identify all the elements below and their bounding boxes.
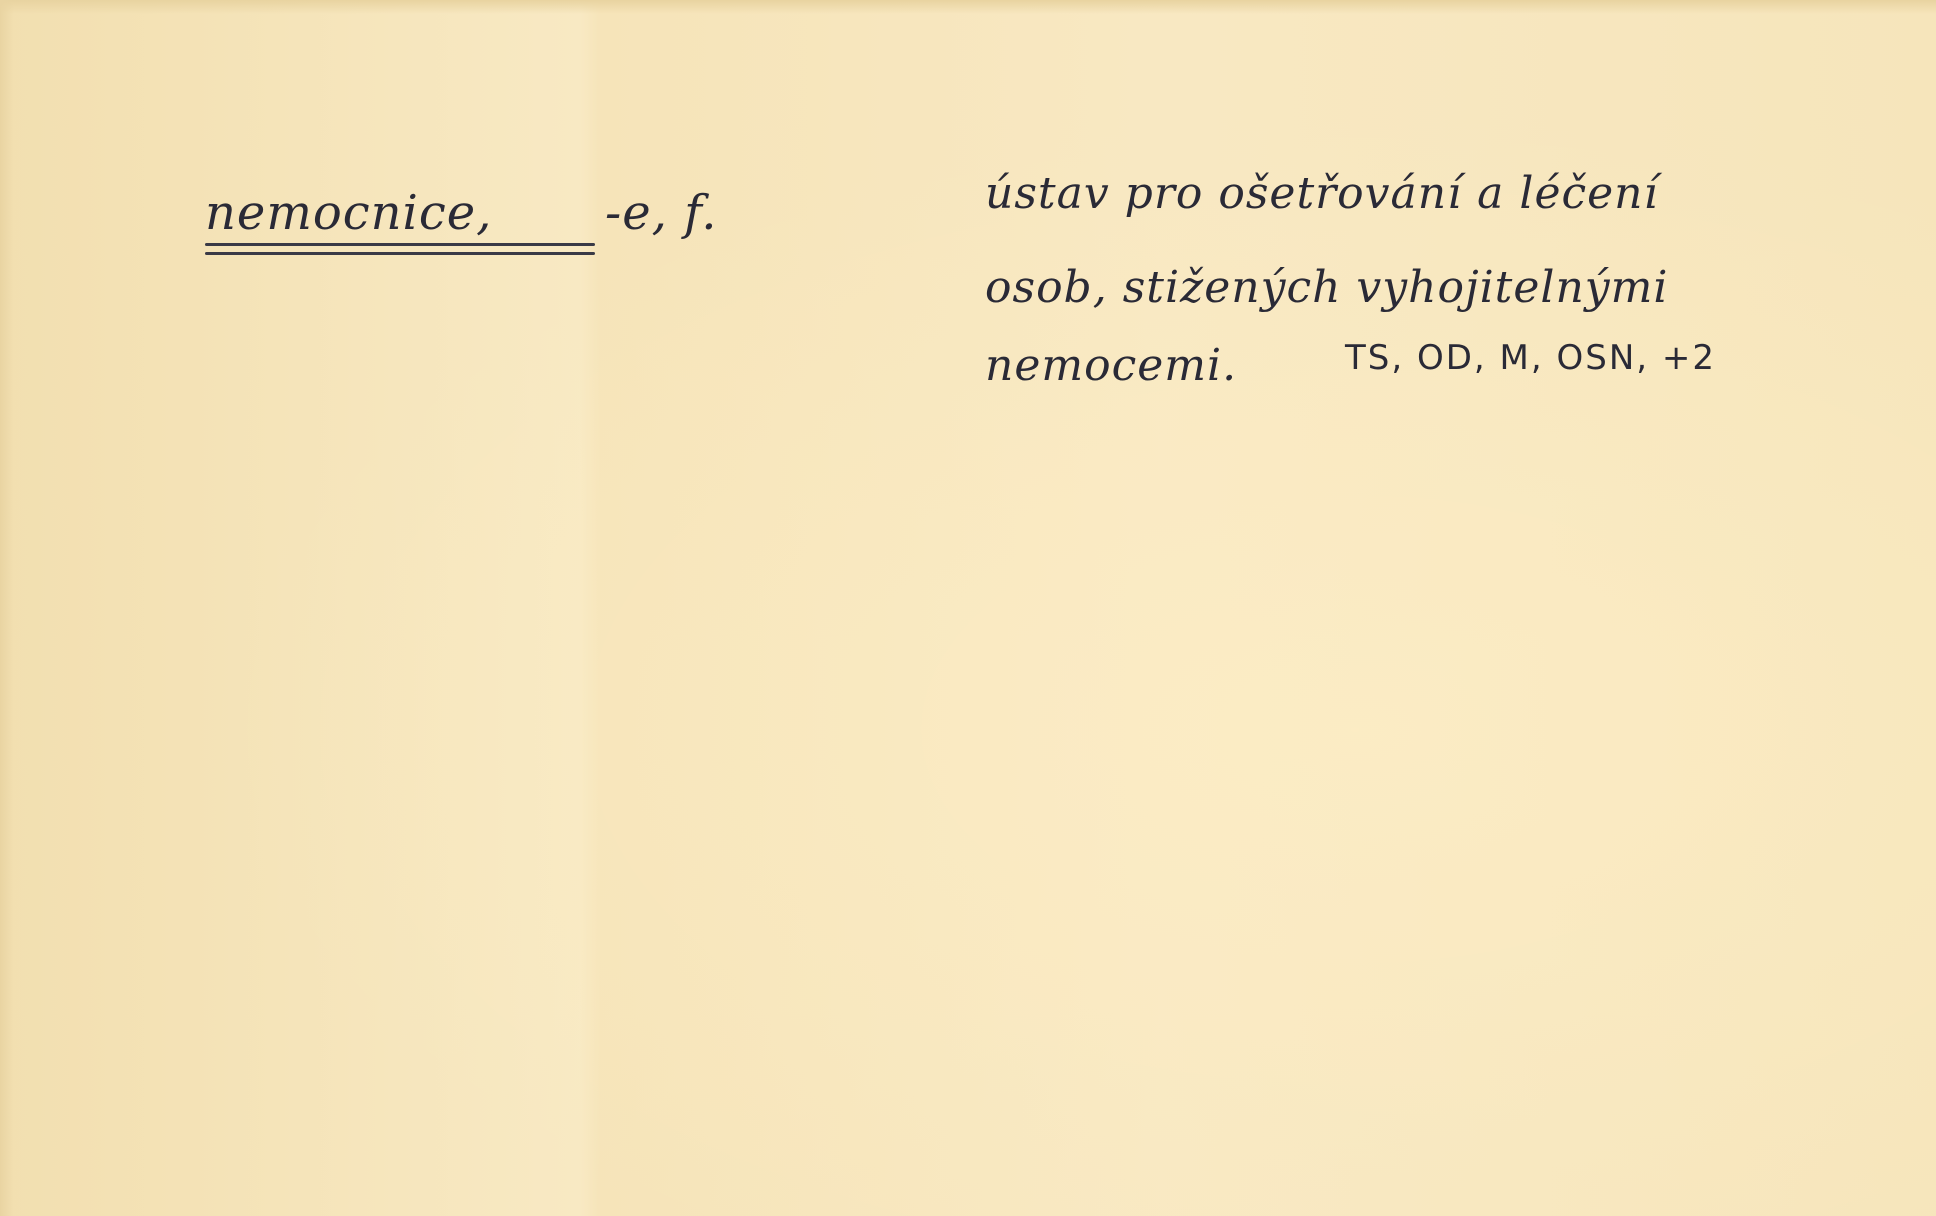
source-abbreviations: TS, OD, M, OSN, +2 [1345,338,1716,378]
card-top-edge [0,0,1936,14]
headword-underline [205,243,595,246]
definition-line-3: nemocemi. [985,340,1237,391]
headword: nemocnice, [205,185,492,241]
index-card: nemocnice, -e, f. ústav pro ošetřování a… [0,0,1936,1216]
headword-underline-second [205,252,595,255]
card-left-edge [0,0,14,1216]
definition-line-2: osob, stižených vyhojitelnými [985,262,1668,313]
definition-line-1: ústav pro ošetřování a léčení [985,168,1659,219]
grammar-info: -e, f. [605,185,717,241]
